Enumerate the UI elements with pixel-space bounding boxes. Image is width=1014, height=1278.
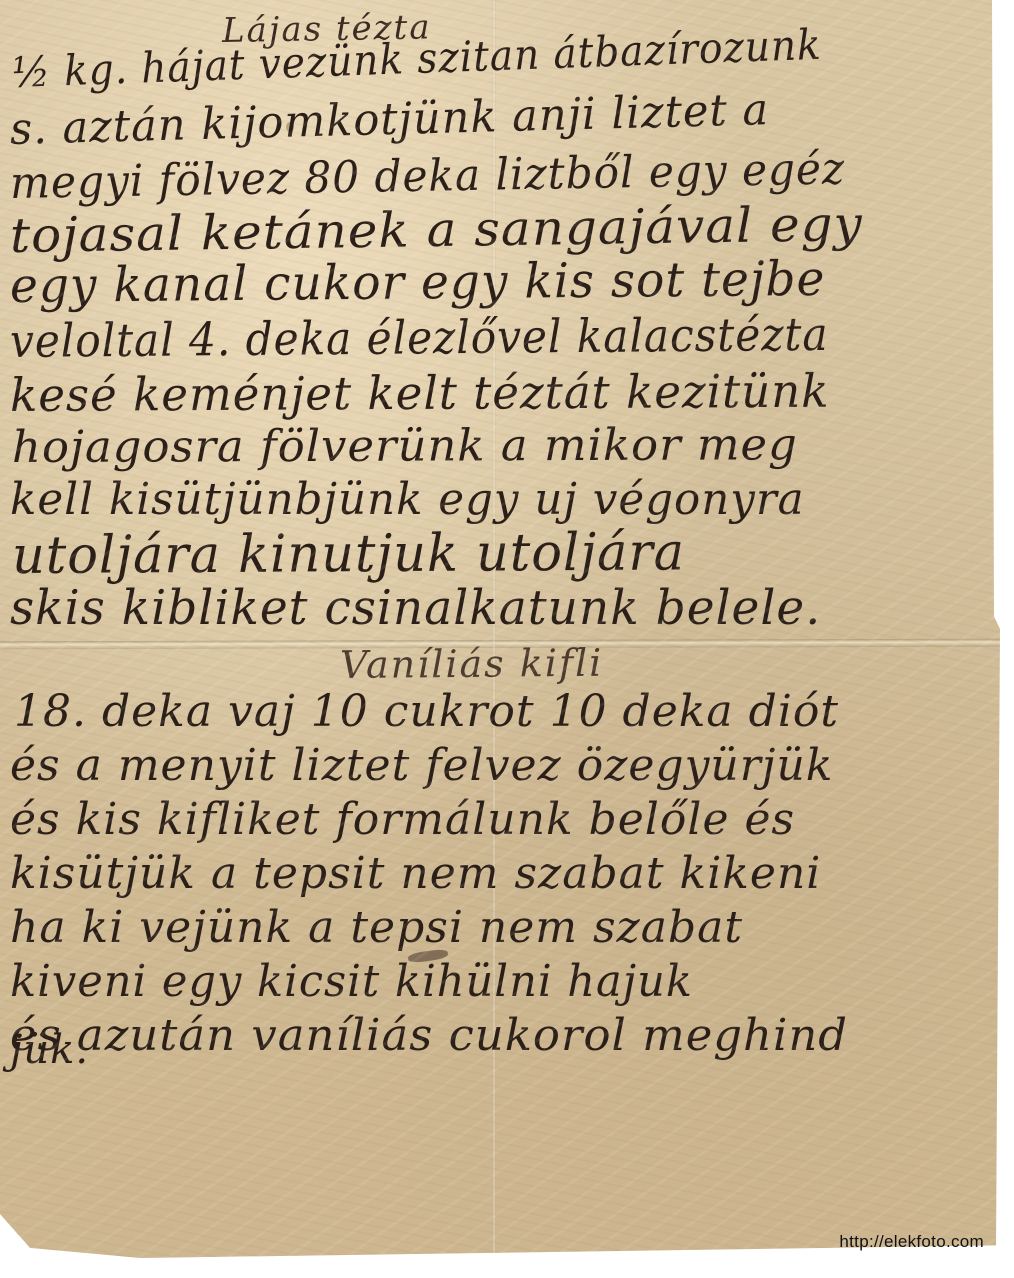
watermark-url: http://elekfoto.com: [839, 1232, 984, 1252]
recipe-2-line: és a menyit liztet felvez özegyürjük: [10, 744, 833, 788]
recipe-1-line: ½ kg. hájat vezünk szitan átbazírozunk: [11, 24, 822, 94]
paper-sheet: Lájas tézta ½ kg. hájat vezünk szitan át…: [0, 0, 1000, 1258]
recipe-1-line: s. aztán kijomkotjünk anji liztet a: [9, 88, 769, 152]
recipe-2-line: és azután vaníliás cukorol meghind: [10, 1014, 848, 1058]
recipe-2-line: kiveni egy kicsit kihülni hajuk: [10, 960, 693, 1004]
recipe-1-line: utoljára kinutjuk utoljára: [12, 526, 685, 582]
recipe-2-line: ha ki vejünk a tepsi nem szabat: [10, 906, 743, 950]
recipe-2-title: Vaníliás kifli: [340, 644, 604, 684]
recipe-2-line: jük.: [10, 1030, 89, 1070]
recipe-1-line: veloltal 4. deka élezlővel kalacstézta: [10, 311, 829, 364]
recipe-1-line: skis kibliket csinalkatunk belele.: [10, 584, 821, 632]
recipe-1-line: kesé keménjet kelt téztát kezitünk: [10, 368, 830, 418]
recipe-1-line: hojagosra fölverünk a mikor meg: [12, 423, 798, 470]
recipe-2-line: és kis kifliket formálunk belőle és: [10, 798, 795, 842]
recipe-1-line: egy kanal cukor egy kis sot tejbe: [10, 255, 826, 310]
recipe-1-line: kell kisütjünbjünk egy uj végonyra: [10, 478, 805, 522]
recipe-2-line: kisütjük a tepsit nem szabat kikeni: [10, 852, 821, 896]
recipe-2-line: 18. deka vaj 10 cukrot 10 deka diót: [14, 690, 839, 734]
